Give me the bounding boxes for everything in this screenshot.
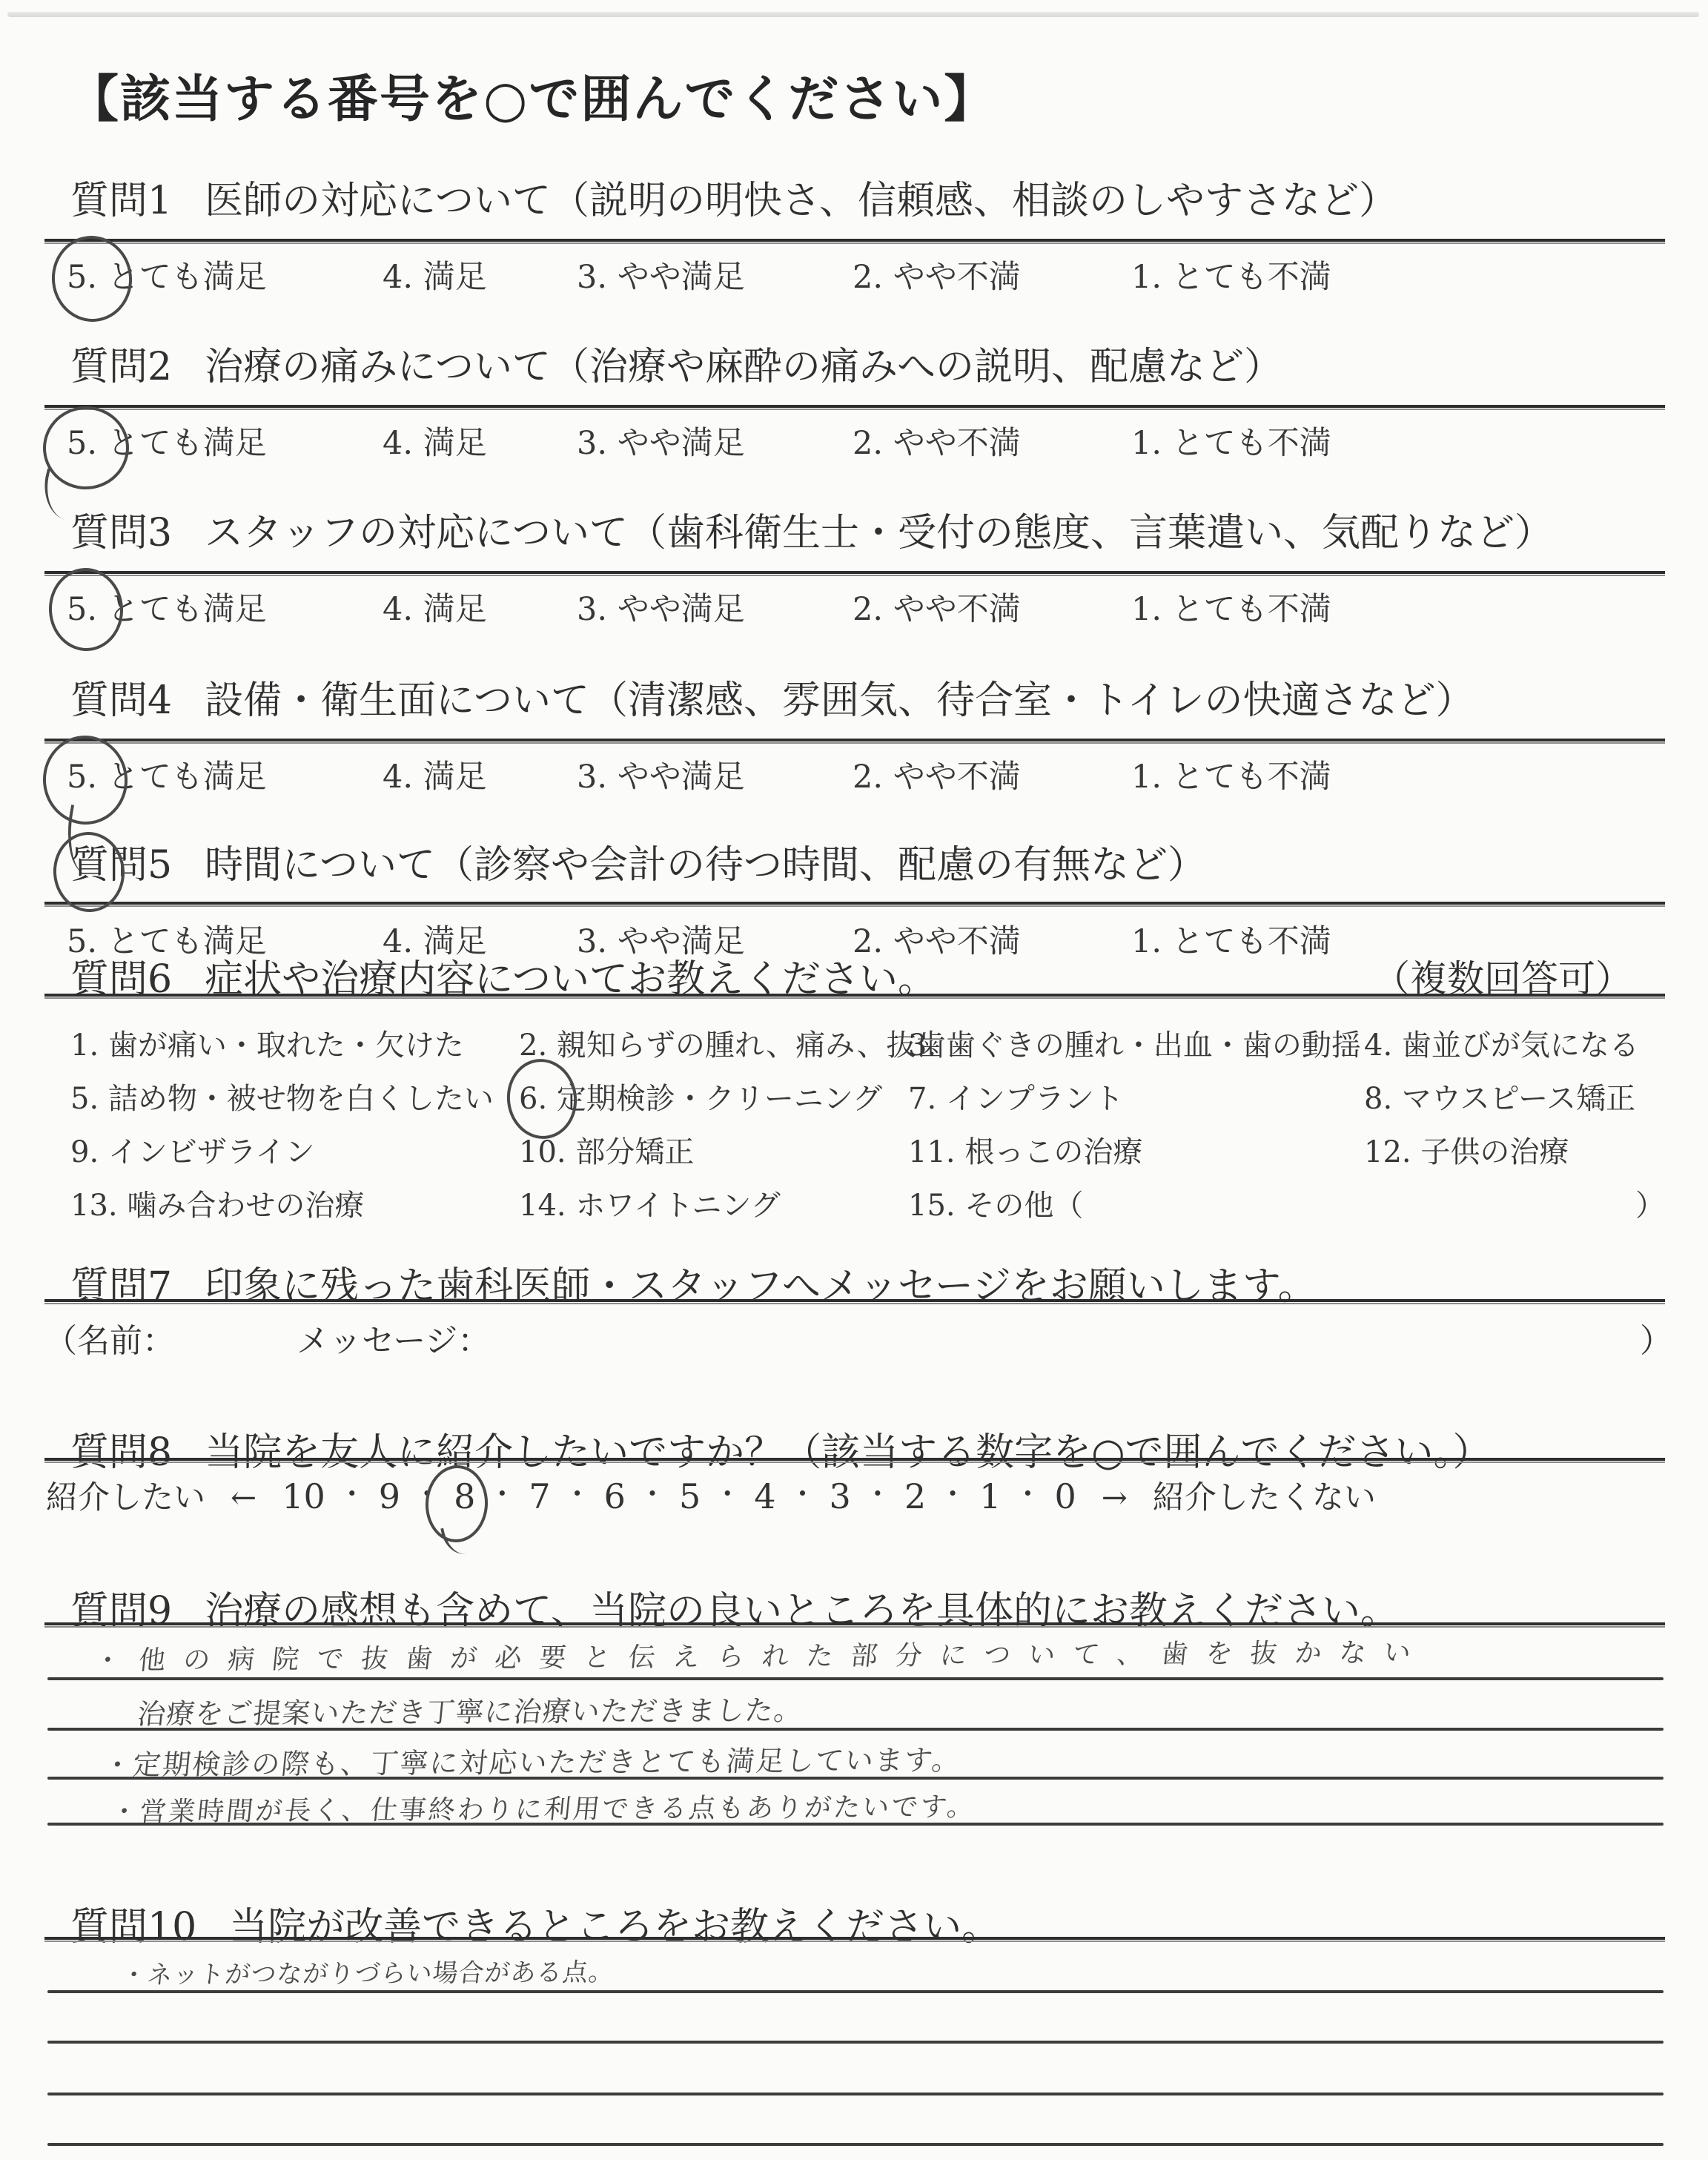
q8-number-2: 2	[904, 1476, 926, 1516]
question-1-title: 医師の対応について（説明の明快さ、信頼感、相談のしやすさなど）	[205, 179, 1397, 223]
q8-number-7: 7	[529, 1476, 550, 1516]
question-8-header: 質問8当院を友人に紹介したいですか？（該当する数字を○で囲んでください。）	[70, 1421, 1491, 1476]
q8-separator: ・	[789, 1471, 817, 1512]
q3-option-4: 4. 満足	[383, 584, 487, 630]
q2-option-4: 4. 満足	[383, 418, 487, 463]
q8-separator: ・	[864, 1471, 892, 1512]
q3-option-2: 2. やや不満	[853, 584, 1021, 630]
q5-option-1: 1. とても不満	[1131, 916, 1331, 962]
q8-separator: ・	[488, 1471, 516, 1512]
question-10-title: 当院が改善できるところをお教えください。	[229, 1905, 1000, 1949]
question-9-divider	[44, 1622, 1665, 1628]
question-1-label: 質問1	[70, 179, 172, 223]
question-8-divider	[44, 1458, 1665, 1464]
q10-answer-line-1: ・ネットがつながりづらい場合がある点。	[119, 1952, 616, 1991]
q10-answer-rule-3	[47, 2093, 1664, 2095]
q2-option-2: 2. やや不満	[853, 418, 1021, 463]
q4-option-1: 1. とても不満	[1131, 752, 1331, 797]
scan-artifact-line	[7, 12, 1699, 17]
q1-option-1: 1. とても不満	[1131, 252, 1331, 297]
question-4-divider	[44, 739, 1665, 744]
q2-option-3: 3. やや満足	[577, 418, 745, 463]
q9-answer-rule-4	[47, 1823, 1664, 1826]
question-5-title: 時間について（診察や会計の待つ時間、配慮の有無など）	[205, 843, 1206, 888]
q3-option-1: 1. とても不満	[1131, 584, 1331, 630]
q6-item-2: 2. 親知らずの腫れ、痛み、抜歯	[519, 1022, 946, 1064]
question-2-options: 5. とても満足 4. 満足 3. やや満足 2. やや不満 1. とても不満	[0, 418, 1708, 463]
q7-message-label: メッセージ：	[297, 1314, 490, 1361]
q6-item-8: 8. マウスピース矯正	[1364, 1075, 1635, 1117]
q4-option-4: 4. 満足	[383, 752, 487, 797]
question-5-header: 質問5時間について（診察や会計の待つ時間、配慮の有無など）	[70, 833, 1206, 889]
question-8-title: 当院を友人に紹介したいですか？（該当する数字を○で囲んでください。）	[205, 1430, 1491, 1475]
question-2-label: 質問2	[70, 345, 172, 389]
q8-number-9: 9	[379, 1476, 400, 1516]
q8-number-6: 6	[604, 1476, 626, 1516]
q8-number-0: 0	[1054, 1476, 1076, 1516]
q6-item-12: 12. 子供の治療	[1364, 1129, 1569, 1171]
q6-item-14: 14. ホワイトニング	[519, 1182, 781, 1224]
q7-name-label: （名前：	[44, 1314, 175, 1361]
q8-number-5: 5	[679, 1476, 701, 1516]
q8-number-3: 3	[830, 1476, 851, 1516]
question-2-divider	[44, 405, 1665, 411]
question-4-options: 5. とても満足 4. 満足 3. やや満足 2. やや不満 1. とても不満	[0, 752, 1708, 796]
q6-item-5: 5. 詰め物・被せ物を白くしたい	[70, 1075, 494, 1117]
question-10-label: 質問10	[70, 1905, 196, 1949]
q8-separator: ・	[638, 1471, 666, 1512]
question-1-divider	[44, 239, 1665, 245]
q10-answer-rule-4	[47, 2143, 1664, 2146]
q6-item-15-close-paren: ）	[1635, 1182, 1665, 1224]
page-title: 【該当する番号を○で囲んでください】	[68, 59, 996, 131]
q6-item-3: 3. 歯ぐきの腫れ・出血・歯の動揺	[908, 1022, 1361, 1064]
q8-right-arrow-icon: →	[1102, 1479, 1128, 1516]
q8-left-arrow-icon: ←	[231, 1479, 256, 1516]
question-4-title: 設備・衛生面について（清潔感、雰囲気、待合室・トイレの快適さなど）	[205, 678, 1474, 723]
q6-item-4: 4. 歯並びが気になる	[1364, 1022, 1639, 1064]
q8-recommend-scale: 紹介したい ← 10 ・ 9 ・ 8 ・ 7 ・ 6 ・ 5 ・ 4 ・ 3 ・…	[46, 1473, 1669, 1518]
q6-item-11: 11. 根っこの治療	[908, 1129, 1142, 1171]
q6-item-13: 13. 噛み合わせの治療	[70, 1182, 364, 1224]
q10-answer-rule-2	[47, 2041, 1664, 2044]
question-8-label: 質問8	[70, 1430, 172, 1475]
q4-option-3: 3. やや満足	[577, 752, 745, 797]
q3-option-3: 3. やや満足	[577, 584, 745, 630]
question-10-divider	[44, 1937, 1665, 1943]
q8-number-1: 1	[979, 1476, 1001, 1516]
q6-item-1: 1. 歯が痛い・取れた・欠けた	[70, 1022, 464, 1064]
q8-separator: ・	[939, 1471, 967, 1512]
q9-answer-line-1: ・他の病院で抜歯が必要と伝えられた部分について、歯を抜かない	[93, 1632, 1431, 1678]
q1-option-4: 4. 満足	[383, 252, 487, 297]
question-2-header: 質問2治療の痛みについて（治療や麻酔の痛みへの説明、配慮など）	[70, 335, 1282, 391]
question-5-divider	[44, 902, 1665, 908]
q8-separator: ・	[713, 1471, 741, 1512]
question-6-divider	[44, 994, 1665, 1000]
q6-item-15: 15. その他（	[908, 1182, 1083, 1224]
question-3-divider	[44, 571, 1665, 577]
question-7-divider	[44, 1299, 1665, 1305]
q8-separator: ・	[1013, 1471, 1042, 1512]
q2-option-1: 1. とても不満	[1131, 418, 1331, 463]
question-1-options: 5. とても満足 4. 満足 3. やや満足 2. やや不満 1. とても不満	[0, 252, 1708, 297]
question-4-label: 質問4	[70, 678, 172, 723]
q8-number-4: 4	[754, 1476, 775, 1516]
handwritten-circle-q1	[47, 232, 136, 326]
q1-option-3: 3. やや満足	[577, 252, 745, 297]
question-3-title: スタッフの対応について（歯科衛生士・受付の態度、言葉遣い、気配りなど）	[205, 511, 1553, 555]
question-2-title: 治療の痛みについて（治療や麻酔の痛みへの説明、配慮など）	[205, 345, 1282, 389]
q9-answer-rule-3	[47, 1777, 1664, 1780]
q1-option-2: 2. やや不満	[853, 252, 1021, 297]
q8-separator: ・	[338, 1471, 366, 1512]
q6-item-7: 7. インプラント	[908, 1075, 1124, 1117]
q9-answer-rule-2	[47, 1728, 1664, 1731]
q9-answer-line-2: 治療をご提案いただき丁寧に治療いただきました。	[136, 1687, 805, 1731]
question-1-header: 質問1医師の対応について（説明の明快さ、信頼感、相談のしやすさなど）	[70, 169, 1397, 225]
q4-option-2: 2. やや不満	[853, 752, 1021, 797]
q8-left-label: 紹介したい	[46, 1473, 205, 1518]
q6-item-9: 9. インビザライン	[70, 1129, 315, 1171]
q7-close-paren: ）	[1640, 1314, 1672, 1361]
q10-answer-rule-1	[47, 1990, 1664, 1993]
scanned-survey-form: 【該当する番号を○で囲んでください】 質問1医師の対応について（説明の明快さ、信…	[0, 0, 1708, 2160]
q9-answer-rule-1	[47, 1677, 1664, 1680]
q8-right-label: 紹介したくない	[1153, 1473, 1376, 1518]
question-3-options: 5. とても満足 4. 満足 3. やや満足 2. やや不満 1. とても不満	[0, 584, 1708, 629]
question-3-header: 質問3スタッフの対応について（歯科衛生士・受付の態度、言葉遣い、気配りなど）	[70, 501, 1553, 557]
question-4-header: 質問4設備・衛生面について（清潔感、雰囲気、待合室・トイレの快適さなど）	[70, 669, 1474, 724]
question-3-label: 質問3	[70, 511, 172, 555]
handwritten-circle-q3	[47, 566, 125, 653]
q8-separator: ・	[563, 1471, 592, 1512]
q8-number-10: 10	[282, 1476, 325, 1516]
